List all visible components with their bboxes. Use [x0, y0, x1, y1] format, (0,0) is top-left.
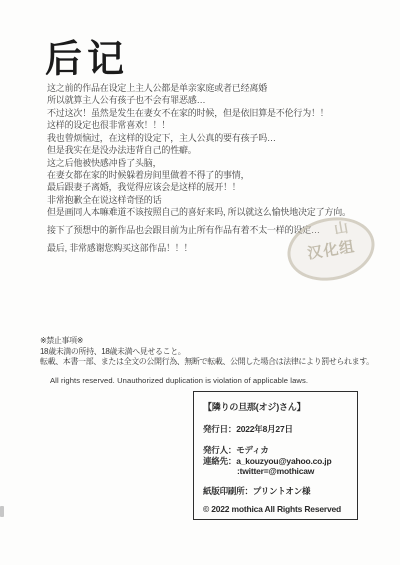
afterword-line: 我也曾烦恼过，在这样的设定下，主人公真的要有孩子吗… — [47, 132, 276, 144]
colophon-book-title: 【隣りの旦那(オジ)さん】 — [203, 402, 351, 413]
afterword-page: 后记 这之前的作品在设定上主人公都是单亲家庭或者已经离婚 所以就算主人公有孩子也… — [0, 0, 400, 565]
scan-artifact — [0, 506, 4, 517]
afterword-paragraph-5: 最后, 非常感谢您购买这部作品！！！ — [47, 242, 192, 254]
afterword-line: 在妻女都在家的时候躲着房间里做着不得了的事情， — [47, 169, 276, 181]
colophon-printer: 紙版印刷所：プリントオン様 — [203, 486, 351, 497]
afterword-paragraph-3: 非常抱歉全在说这样奇怪的话 但是画同人本嘛难道不该按照自己的喜好来吗, 所以就这… — [47, 194, 351, 219]
afterword-paragraph-2: 我也曾烦恼过，在这样的设定下，主人公真的要有孩子吗… 但是我实在是没办法违背自己… — [47, 132, 276, 193]
afterword-line: 不过这次！虽然是发生在妻女不在家的时候，但是依旧算是不伦行为！！ — [47, 107, 329, 119]
afterword-line: 最后跟妻子离婚，我觉得应该会是这样的展开！！ — [47, 181, 276, 193]
afterword-line: 这之前的作品在设定上主人公都是单亲家庭或者已经离婚 — [47, 82, 329, 94]
prohibition-notice: ※禁止事項※ 18歳未満の所持、18歳未満へ見せること。 転載、本書一部、または… — [40, 336, 374, 368]
afterword-line: 所以就算主人公有孩子也不会有罪恶感… — [47, 94, 329, 106]
afterword-paragraph-4: 接下了预想中的新作品也会跟目前为止所有作品有着不太一样的设定… — [47, 224, 320, 236]
colophon-contact-email: 連絡先：a_kouzyou@yahoo.co.jp — [203, 456, 351, 467]
prohibition-header: ※禁止事項※ — [40, 336, 374, 347]
colophon-publish-date: 発行日：2022年8月27日 — [203, 424, 351, 435]
afterword-line: 这之后他被快感冲昏了头脑， — [47, 157, 276, 169]
seal-text: 汉化组 — [306, 235, 357, 263]
afterword-line: 但是画同人本嘛难道不该按照自己的喜好来吗, 所以就这么愉快地决定了方向。 — [47, 206, 351, 218]
colophon-box: 【隣りの旦那(オジ)さん】 発行日：2022年8月27日 発行人：モディカ 連絡… — [193, 391, 358, 520]
colophon-copyright: © 2022 mothica All Rights Reserved — [203, 504, 351, 515]
scanlation-seal-watermark: 汉化组 — [282, 210, 381, 289]
afterword-line: 最后, 非常感谢您购买这部作品！！！ — [47, 242, 192, 254]
afterword-paragraph-1: 这之前的作品在设定上主人公都是单亲家庭或者已经离婚 所以就算主人公有孩子也不会有… — [47, 82, 329, 131]
colophon-contact-twitter: :twitter=@mothicaw — [203, 466, 351, 477]
copyright-notice-en: All rights reserved. Unauthorized duplic… — [50, 376, 308, 385]
colophon-publisher: 発行人：モディカ — [203, 445, 351, 456]
afterword-line: 接下了预想中的新作品也会跟目前为止所有作品有着不太一样的设定… — [47, 224, 320, 236]
prohibition-line: 転載、本書一部、または全文の公開行為、無断で転載、公開した場合は法律により罰せら… — [40, 357, 374, 368]
page-title: 后记 — [45, 40, 129, 78]
afterword-line: 这样的设定也很非常喜欢！！！ — [47, 119, 329, 131]
afterword-line: 但是我实在是没办法违背自己的性癖。 — [47, 144, 276, 156]
afterword-line: 非常抱歉全在说这样奇怪的话 — [47, 194, 351, 206]
prohibition-line: 18歳未満の所持、18歳未満へ見せること。 — [40, 347, 374, 358]
